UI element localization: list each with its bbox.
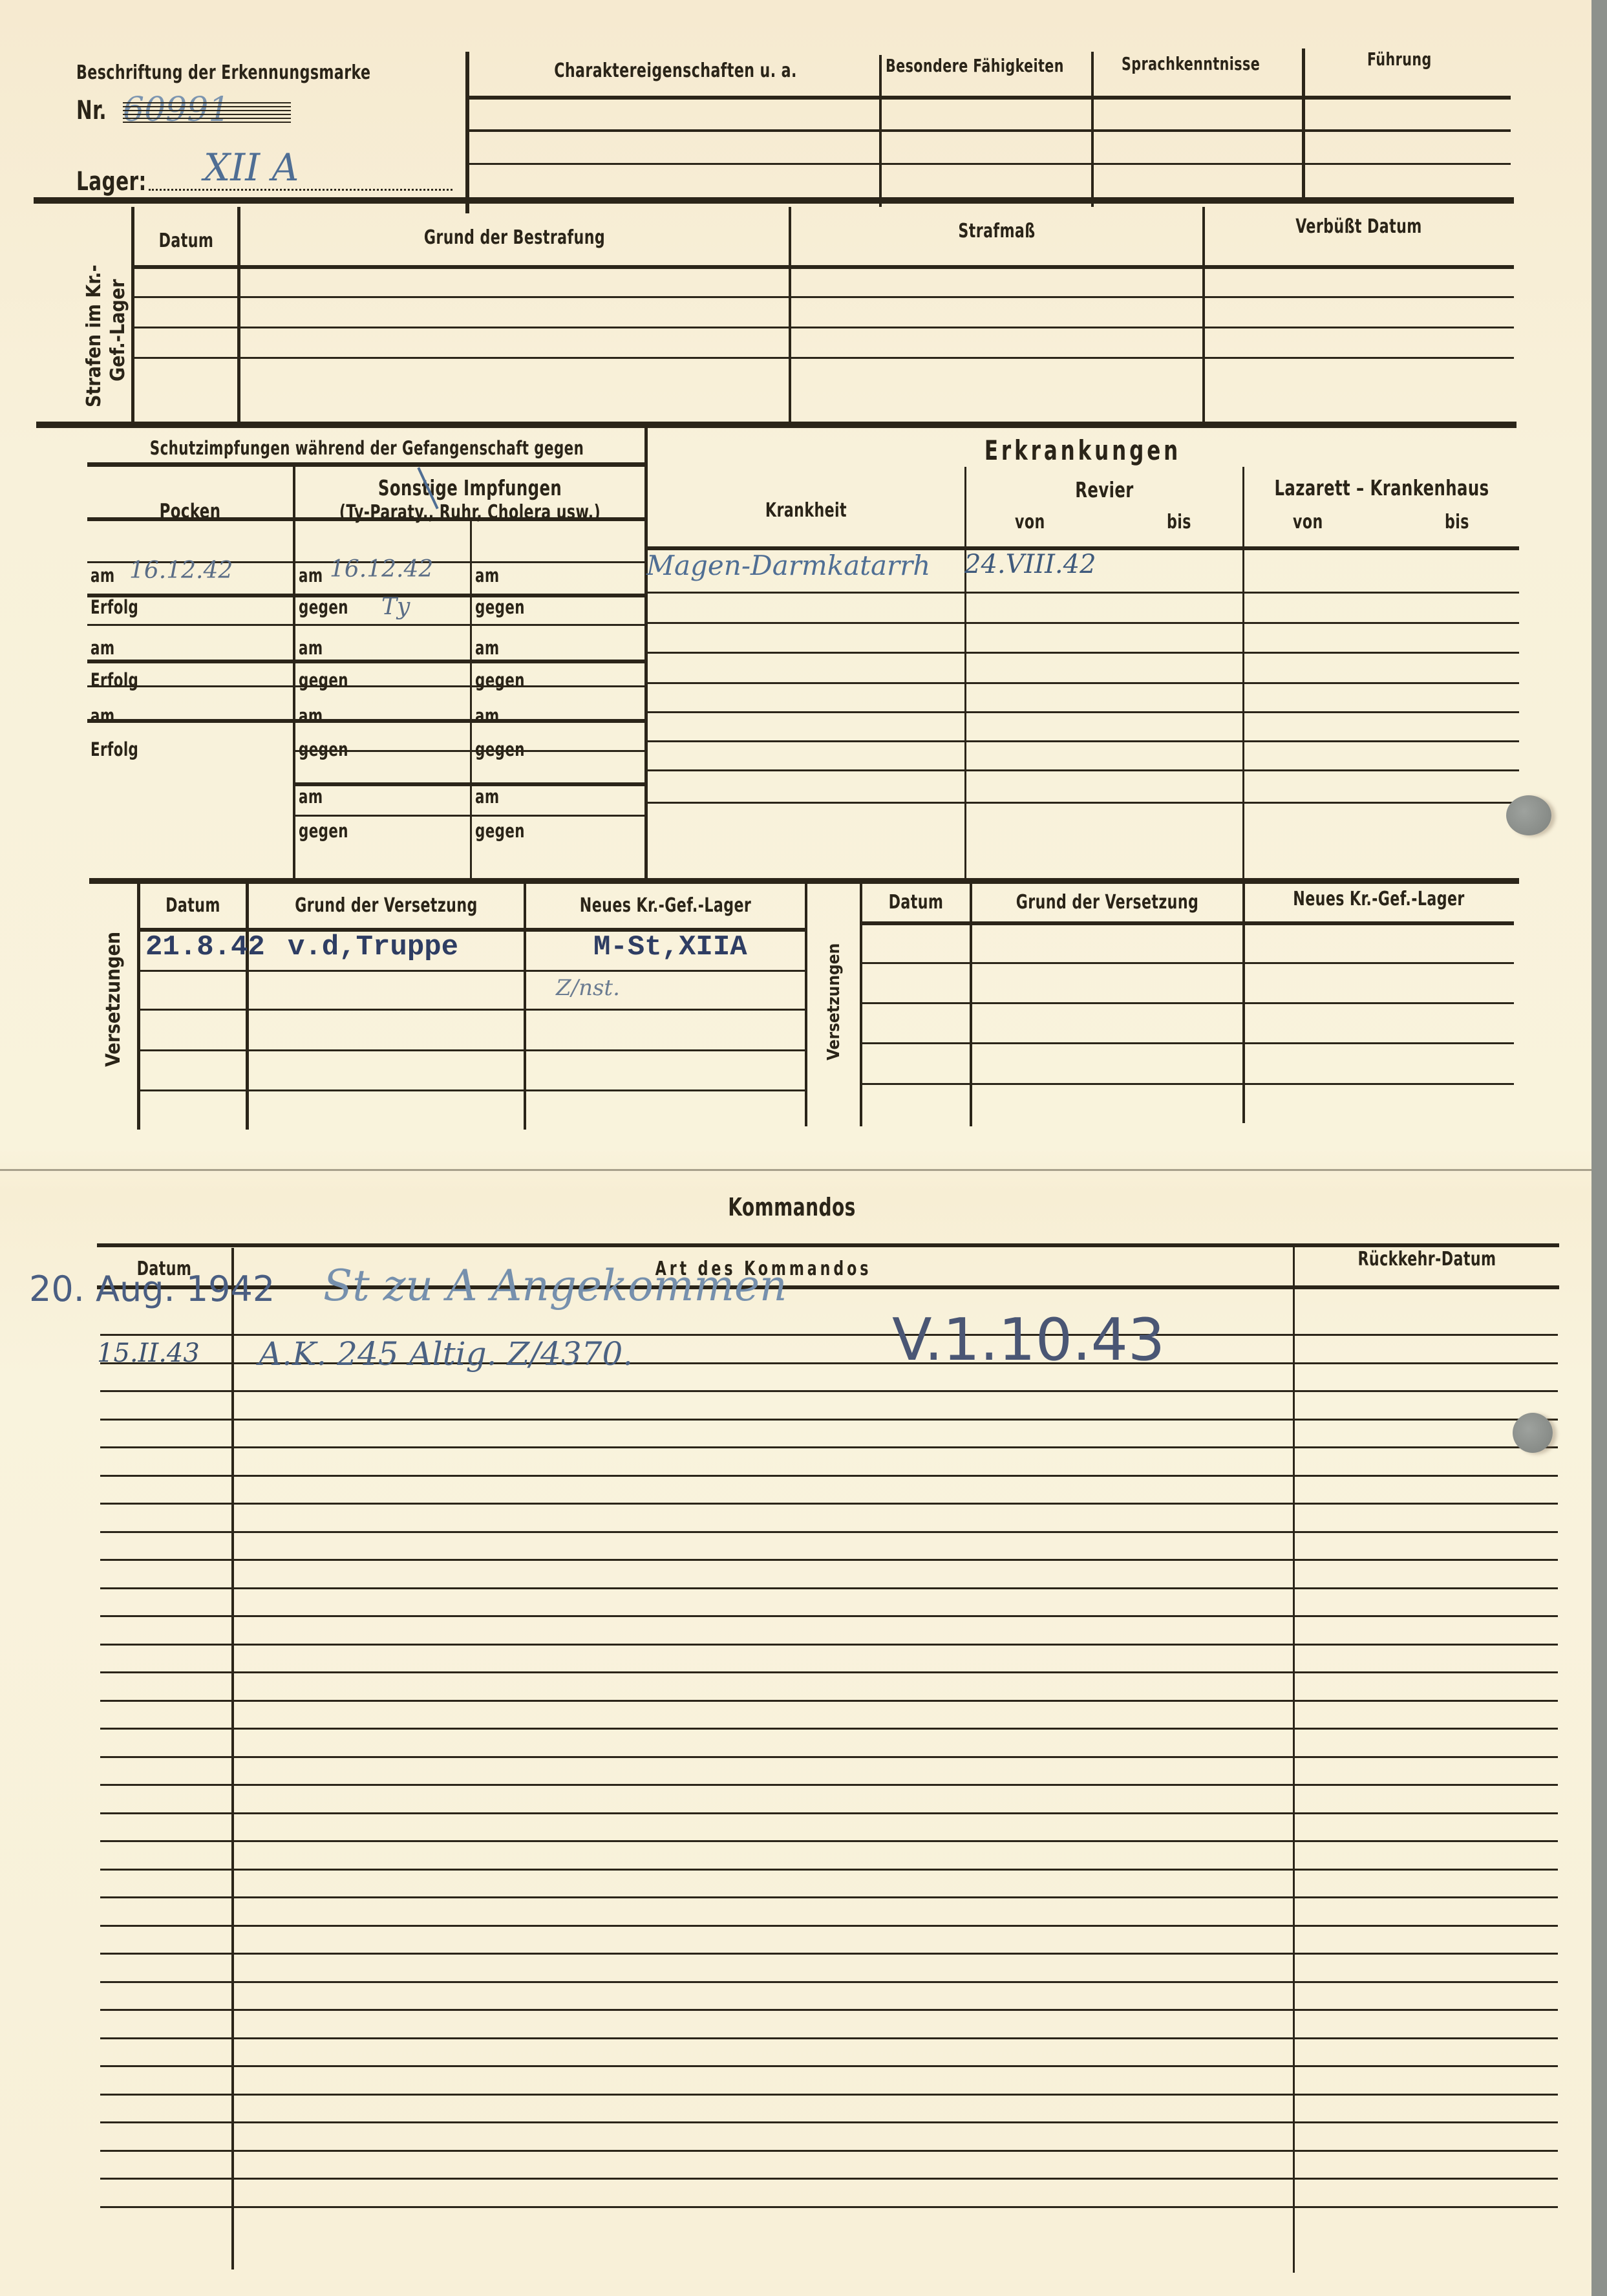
sonstige-gegen-1: Ty [381,594,410,620]
krankheit-label: Krankheit [676,499,936,522]
col-fuehrung: Führung [1367,48,1432,70]
kommandos-row-line [100,2065,1558,2067]
sonstige-label: Sonstige Impfungen [327,475,613,500]
sonstige-col2-row-label: am [475,564,500,586]
erkrankungen-title: Erkrankungen [725,435,1441,466]
kommandos-row-line [100,1925,1558,1927]
fold-line [0,1169,1591,1171]
col-charaktereigenschaften: Charaktereigenschaften u. a. [509,59,843,82]
pocken-date-1: 16.12.42 [129,557,233,584]
kommandos-row-line [100,1756,1558,1758]
revier-label: Revier [991,477,1217,502]
strafen-side-label-2: Gef.-Lager [107,279,129,381]
strafen-col-datum: Datum [144,230,228,252]
kommandos-row-line [100,1559,1558,1561]
kommandos-row-line [100,1390,1558,1392]
kommandos-row-line [100,2178,1558,2180]
versetzung-grund-1: v.d,Truppe [288,931,458,963]
versetzung-left-col-lager: Neues Kr.-Gef.-Lager [551,894,780,917]
kommandos-row-line [100,2206,1558,2208]
kommandos-row-line [100,1981,1558,1983]
kommandos-row-line [100,2150,1558,2152]
nr-label: Nr. [76,96,107,125]
lager-label: Lager: [76,167,147,197]
lazarett-label: Lazarett – Krankenhaus [1269,475,1495,500]
kommandos-row-line [100,1784,1558,1786]
sonstige-col2-row-label: am [475,637,500,659]
kommandos-title: Kommandos [620,1193,964,1221]
pocken-row-label: Erfolg [90,669,138,691]
kommandos-row-line [100,1700,1558,1702]
sonstige-col2-row-label: gegen [475,669,525,691]
kommandos-row-line [100,1475,1558,1477]
strafen-col-verbuesst: Verbüßt Datum [1233,215,1485,238]
pocken-row-label: am [90,564,115,586]
kommandos-row-line [100,1531,1558,1533]
sonstige-col1-row-label: am [299,786,323,808]
col-besondere-faehigkeiten: Besondere Fähigkeiten [886,55,1064,76]
lazarett-von-label: von [1293,511,1323,533]
kommandos-row-line [100,2037,1558,2039]
sonstige-col2-row-label: gegen [475,738,525,760]
lager-value: XII A [204,145,299,189]
kommandos-row-line [100,2009,1558,2011]
versetzung-right-col-grund: Grund der Versetzung [997,891,1219,914]
krankheit-value-1: Magen-Darmkatarrh [646,550,930,581]
sonstige-col2-row-label: am [475,705,500,727]
punch-hole-upper [1506,795,1551,835]
sonstige-col2-row-label: gegen [475,596,525,618]
versetzung-right-col-datum: Datum [872,891,960,914]
versetzung-right-col-lager: Neues Kr.-Gef.-Lager [1269,888,1488,910]
versetzung-lager-1: M-St,XIIA [593,931,747,963]
kommandos-row-line [100,1503,1558,1505]
versetzung-datum-1: 21.8.42 [145,931,265,963]
sonstige-col2-row-label: gegen [475,820,525,842]
strafen-col-strafmass: Strafmaß [828,220,1165,242]
sonstige-col1-row-label: am [299,564,323,586]
pocken-row-label: am [90,637,115,659]
revier-bis-label: bis [1167,511,1191,533]
kommandos-row-line [100,1644,1558,1646]
kommandos-row-line [100,1671,1558,1673]
sonstige-date-1: 16.12.42 [330,556,433,583]
versetzung-left-col-datum: Datum [150,894,237,917]
kommandos-row-line [100,1587,1558,1589]
kommandos-row-line [100,1728,1558,1730]
lager-dotted-line [149,189,452,191]
kommandos-row-line [100,1953,1558,1955]
sonstige-col1-row-label: gegen [299,738,348,760]
sonstige-col1-row-label: gegen [299,669,348,691]
sonstige-col1-row-label: am [299,705,323,727]
revier-von-value-1: 24.VIII.42 [964,550,1096,579]
kommando-art-1: St zu A Angekommen [323,1261,787,1311]
versetzung-left-col-grund: Grund der Versetzung [273,894,499,917]
sonstige-col2-row-label: am [475,786,500,808]
kommandos-row-line [100,1446,1558,1448]
scan-edge [1591,0,1607,2296]
kommandos-row-line [100,2094,1558,2096]
pocken-row-label: Erfolg [90,596,138,618]
nr-strikeout [123,102,291,123]
revier-von-label: von [1015,511,1045,533]
lazarett-bis-label: bis [1445,511,1469,533]
kommandos-row-line [100,1812,1558,1814]
pocken-row-label: Erfolg [90,738,138,760]
col-sprachkenntnisse: Sprachkenntnisse [1122,53,1260,74]
versetzungen-right-label: Versetzungen [824,943,844,1060]
kommandos-row-line [100,1615,1558,1617]
erkennungsmarke-label: Beschriftung der Erkennungsmarke [76,61,370,84]
pocken-row-label: am [90,705,115,727]
kommando-datum-2: 15.II.43 [97,1338,200,1368]
schutzimpfungen-title: Schutzimpfungen während der Gefangenscha… [138,437,596,459]
kommandos-row-line [100,2121,1558,2123]
strafen-col-grund: Grund der Bestrafung [290,226,739,249]
versetzung-note-1: Z/nst. [556,975,620,1001]
strafen-side-label-1: Strafen im Kr.- [83,264,105,407]
punch-hole-lower [1513,1413,1553,1453]
kommando-stamp-2: V.1.10.43 [892,1306,1165,1374]
kommandos-row-line [100,1869,1558,1871]
sonstige-col1-row-label: gegen [299,820,348,842]
sonstige-col1-row-label: am [299,637,323,659]
kommandos-row-line [100,1840,1558,1842]
kommando-art-2: A.K. 245 Altig. Z/4370. [259,1335,633,1373]
sonstige-col1-row-label: gegen [299,596,348,618]
kommandos-row-line [100,1419,1558,1421]
kommandos-col-rueckkehr: Rückkehr-Datum [1319,1248,1535,1271]
versetzungen-left-label: Versetzungen [102,932,125,1067]
kommando-datum-1: 20. Aug. 1942 [29,1269,275,1309]
kommandos-row-line [100,1896,1558,1898]
